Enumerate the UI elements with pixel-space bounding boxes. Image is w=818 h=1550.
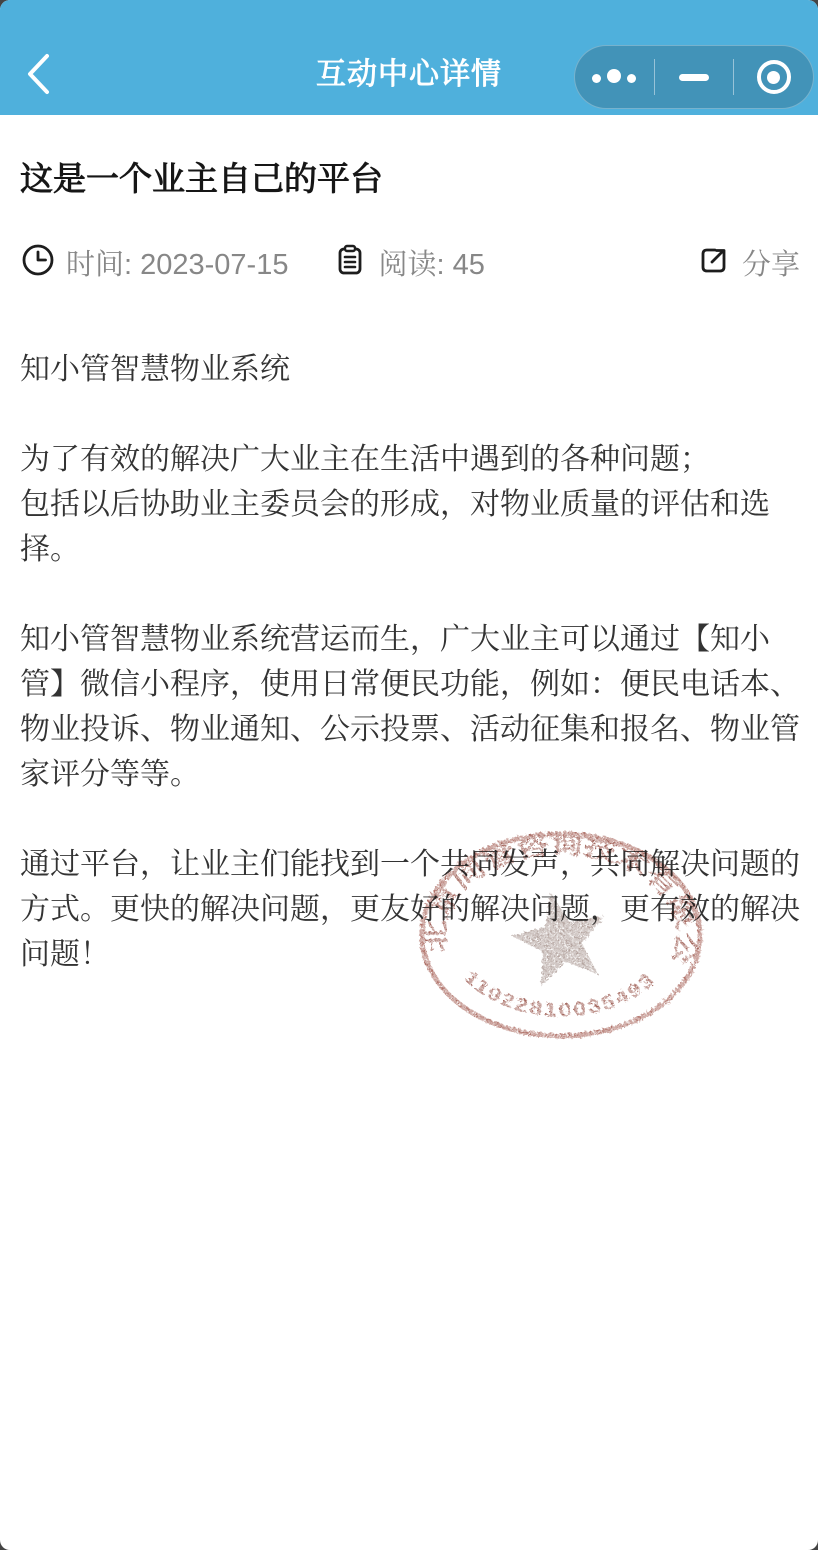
ellipsis-icon [589, 69, 639, 86]
share-button[interactable]: 分享 [696, 242, 800, 283]
meta-time-label: 时间: 2023-07-15 [66, 242, 288, 283]
close-button[interactable] [734, 46, 813, 108]
capsule-menu [574, 45, 814, 109]
paragraph: 知小管智慧物业系统 [20, 347, 800, 392]
article: 这是一个业主自己的平台 时间: 2023-07-15 [0, 153, 818, 977]
article-meta-row: 时间: 2023-07-15 阅读: 45 [20, 242, 800, 283]
minus-icon [679, 74, 709, 81]
mini-program-page: 互动中心详情 这是一个业主自己的平台 [0, 0, 818, 1550]
paragraph: 为了有效的解决广大业主在生活中遇到的各种问题； 包括以后协助业主委员会的形成，对… [20, 437, 800, 572]
meta-reads: 阅读: 45 [332, 242, 484, 283]
more-button[interactable] [575, 46, 654, 108]
share-label: 分享 [742, 242, 800, 283]
minimize-button[interactable] [655, 46, 734, 108]
clock-icon [20, 242, 56, 283]
record-circle-icon [757, 60, 791, 94]
article-title: 这是一个业主自己的平台 [20, 153, 800, 200]
navigation-bar: 互动中心详情 [0, 0, 818, 115]
paragraph: 知小管智慧物业系统营运而生，广大业主可以通过【知小管】微信小程序，使用日常便民功… [20, 617, 800, 797]
article-body: 知小管智慧物业系统 为了有效的解决广大业主在生活中遇到的各种问题； 包括以后协助… [20, 347, 800, 977]
meta-time: 时间: 2023-07-15 [20, 242, 288, 283]
paragraph: 通过平台，让业主们能找到一个共同发声，共同解决问题的方式。更快的解决问题，更友好… [20, 842, 800, 977]
share-icon [696, 242, 732, 283]
document-icon [332, 242, 368, 283]
meta-reads-label: 阅读: 45 [378, 242, 484, 283]
